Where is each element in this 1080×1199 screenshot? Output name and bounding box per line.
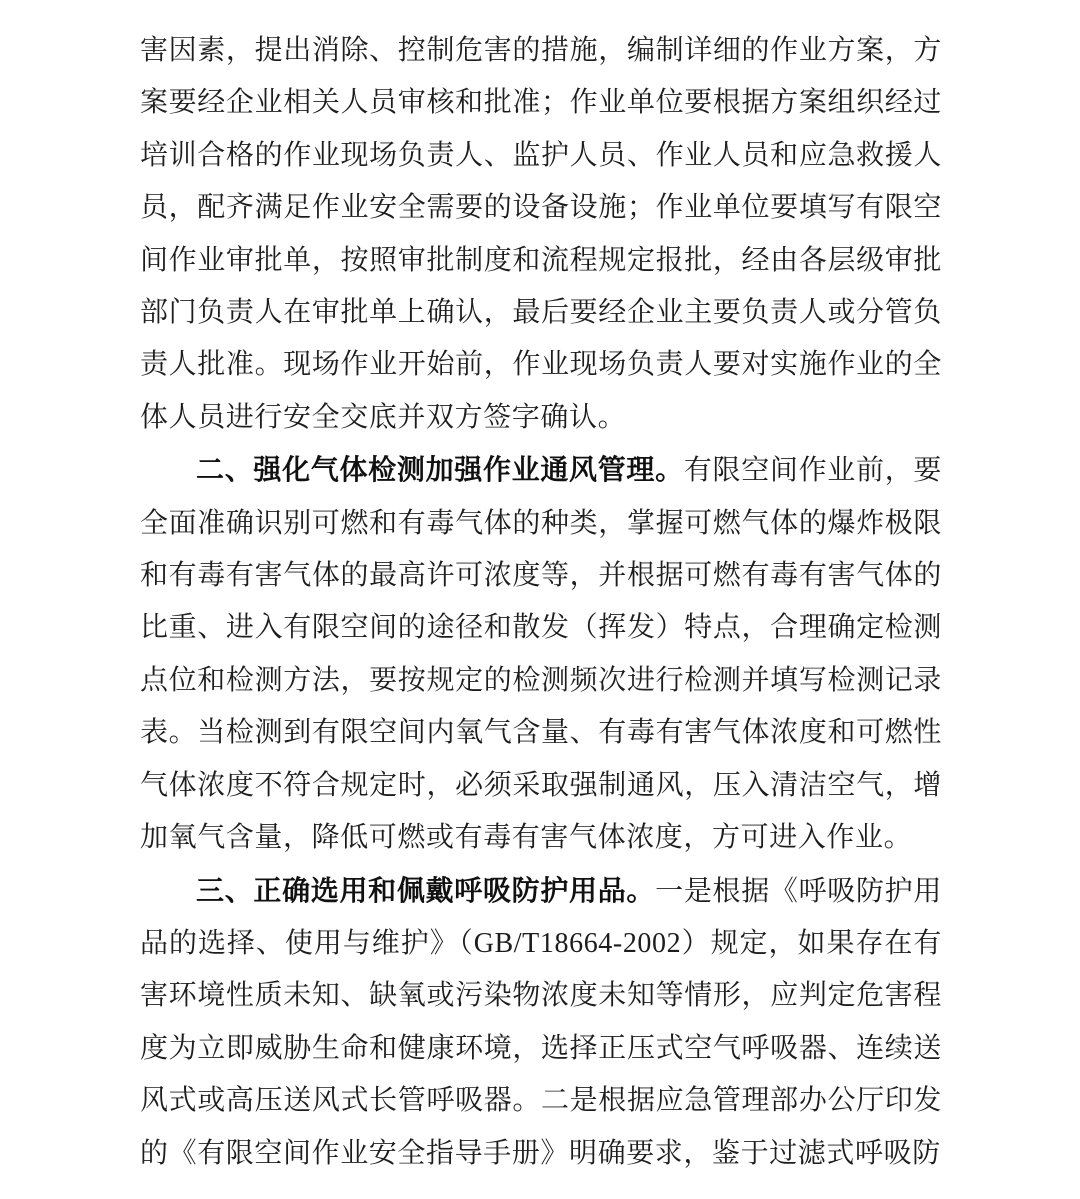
paragraph-text: 有限空间作业前，要全面准确识别可燃和有毒气体的种类，掌握可燃气体的爆炸极限和有毒… [140, 455, 942, 853]
document-body: 害因素，提出消除、控制危害的措施，编制详细的作业方案，方案要经企业相关人员审核和… [140, 24, 942, 1180]
paragraph-continuation: 害因素，提出消除、控制危害的措施，编制详细的作业方案，方案要经企业相关人员审核和… [140, 24, 942, 444]
paragraph-text: 害因素，提出消除、控制危害的措施，编制详细的作业方案，方案要经企业相关人员审核和… [140, 35, 942, 433]
section-2-heading: 二、强化气体检测加强作业通风管理。 [196, 454, 684, 485]
document-page: 害因素，提出消除、控制危害的措施，编制详细的作业方案，方案要经企业相关人员审核和… [0, 0, 1080, 1199]
paragraph-section-3: 三、正确选用和佩戴呼吸防护用品。一是根据《呼吸防护用品的选择、使用与维护》（GB… [140, 865, 942, 1180]
paragraph-text: 一是根据《呼吸防护用品的选择、使用与维护》（GB/T18664-2002）规定，… [140, 876, 942, 1169]
paragraph-section-2: 二、强化气体检测加强作业通风管理。有限空间作业前，要全面准确识别可燃和有毒气体的… [140, 444, 942, 864]
section-3-heading: 三、正确选用和佩戴呼吸防护用品。 [196, 875, 655, 906]
